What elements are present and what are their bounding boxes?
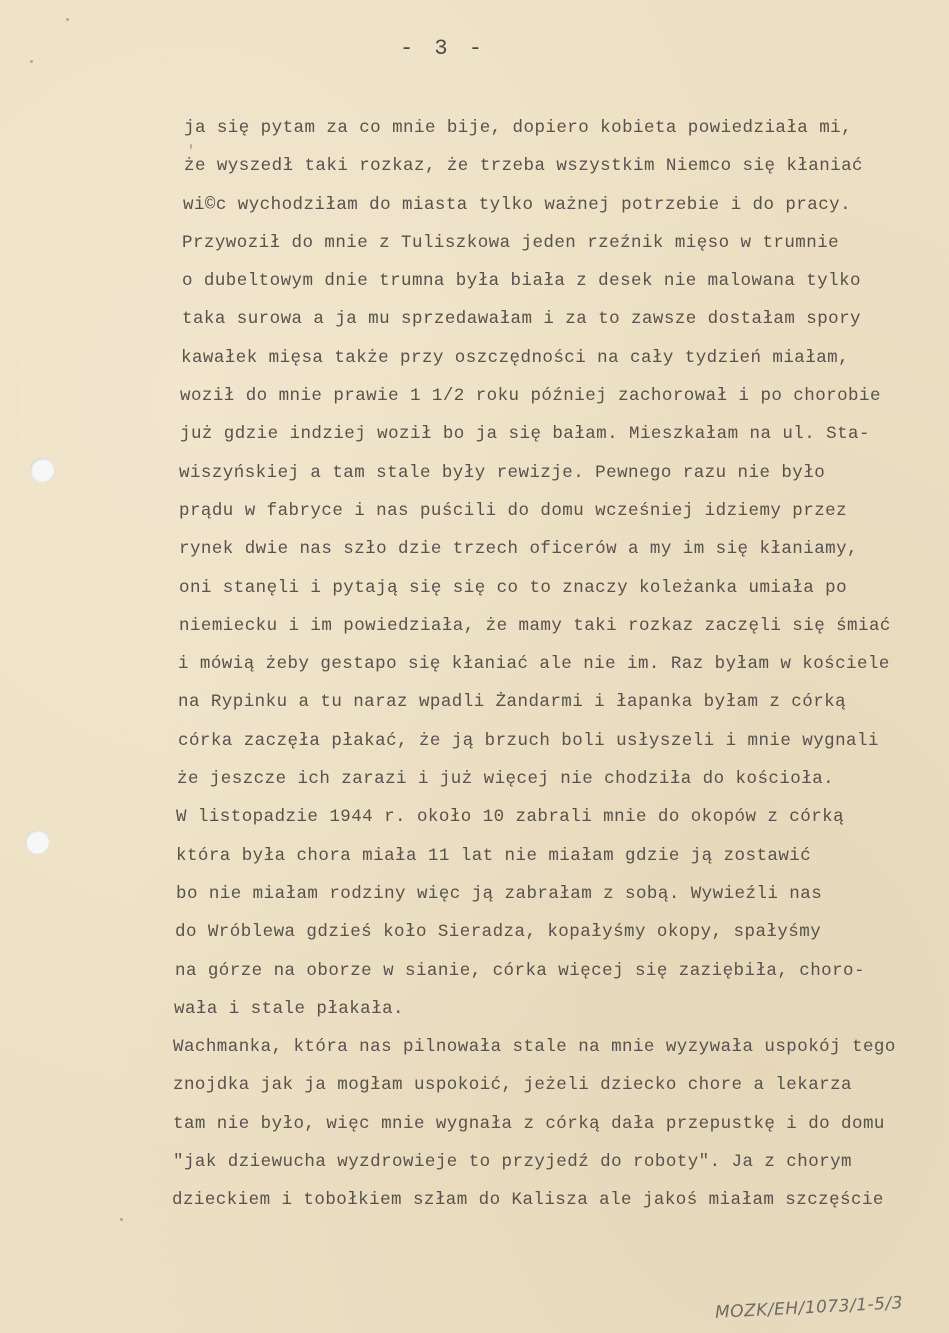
text-line: już gdzie indziej woził bo ja się bałam.… xyxy=(180,418,940,456)
text-line: i mówią żeby gestapo się kłaniać ale nie… xyxy=(178,648,940,686)
paper-speck xyxy=(30,60,33,63)
text-line: znojdka jak ja mogłam uspokoić, jeżeli d… xyxy=(173,1069,940,1107)
text-line: że wyszedł taki rozkaz, że trzeba wszyst… xyxy=(184,150,940,188)
punch-hole-bottom xyxy=(25,830,49,854)
text-line: ja się pytam za co mnie bije, dopiero ko… xyxy=(184,112,940,150)
text-line: W listopadzie 1944 r. około 10 zabrali m… xyxy=(176,801,940,839)
text-line: woził do mnie prawie 1 1/2 roku później … xyxy=(180,380,940,418)
text-line: "jak dziewucha wyzdrowieje to przyjedź d… xyxy=(173,1146,940,1184)
text-line: że jeszcze ich zarazi i już więcej nie c… xyxy=(177,763,940,801)
text-line: rynek dwie nas szło dzie trzech oficerów… xyxy=(179,533,940,571)
text-line: dzieckiem i tobołkiem szłam do Kalisza a… xyxy=(172,1184,940,1222)
paper-speck xyxy=(120,1218,123,1221)
text-line: wi©c wychodziłam do miasta tylko ważnej … xyxy=(183,189,940,227)
text-line: oni stanęli i pytają się się co to znacz… xyxy=(179,572,940,610)
text-line: do Wróblewa gdzieś koło Sieradza, kopały… xyxy=(175,916,940,954)
text-line: taka surowa a ja mu sprzedawałam i za to… xyxy=(182,303,940,341)
text-line: kawałek mięsa także przy oszczędności na… xyxy=(181,342,940,380)
text-line: która była chora miała 11 lat nie miałam… xyxy=(176,840,940,878)
archive-reference-handwritten: MOZK/EH/1073/1-5/3 xyxy=(715,1293,904,1323)
text-line: córka zaczęła płakać, że ją brzuch boli … xyxy=(178,725,940,763)
text-line: prądu w fabryce i nas puścili do domu wc… xyxy=(179,495,940,533)
punch-hole-top xyxy=(30,458,54,482)
text-line: tam nie było, więc mnie wygnała z córką … xyxy=(173,1108,940,1146)
text-line: na Rypinku a tu naraz wpadli Żandarmi i … xyxy=(178,686,940,724)
document-page: - 3 - ja się pytam za co mnie bije, dopi… xyxy=(0,0,949,1333)
page-number: - 3 - xyxy=(400,36,486,61)
typewritten-body: ja się pytam za co mnie bije, dopiero ko… xyxy=(180,112,940,1223)
text-line: wała i stale płakała. xyxy=(174,993,940,1031)
text-line: niemiecku i im powiedziała, że mamy taki… xyxy=(179,610,940,648)
text-line: Wachmanka, która nas pilnowała stale na … xyxy=(173,1031,940,1069)
text-line: bo nie miałam rodziny więc ją zabrałam z… xyxy=(176,878,940,916)
paper-speck xyxy=(66,18,69,21)
text-line: na górze na oborze w sianie, córka więce… xyxy=(175,955,940,993)
text-line: wiszyńskiej a tam stale były rewizje. Pe… xyxy=(179,457,940,495)
text-line: o dubeltowym dnie trumna była biała z de… xyxy=(182,265,940,303)
text-line: Przywoził do mnie z Tuliszkowa jeden rze… xyxy=(182,227,940,265)
